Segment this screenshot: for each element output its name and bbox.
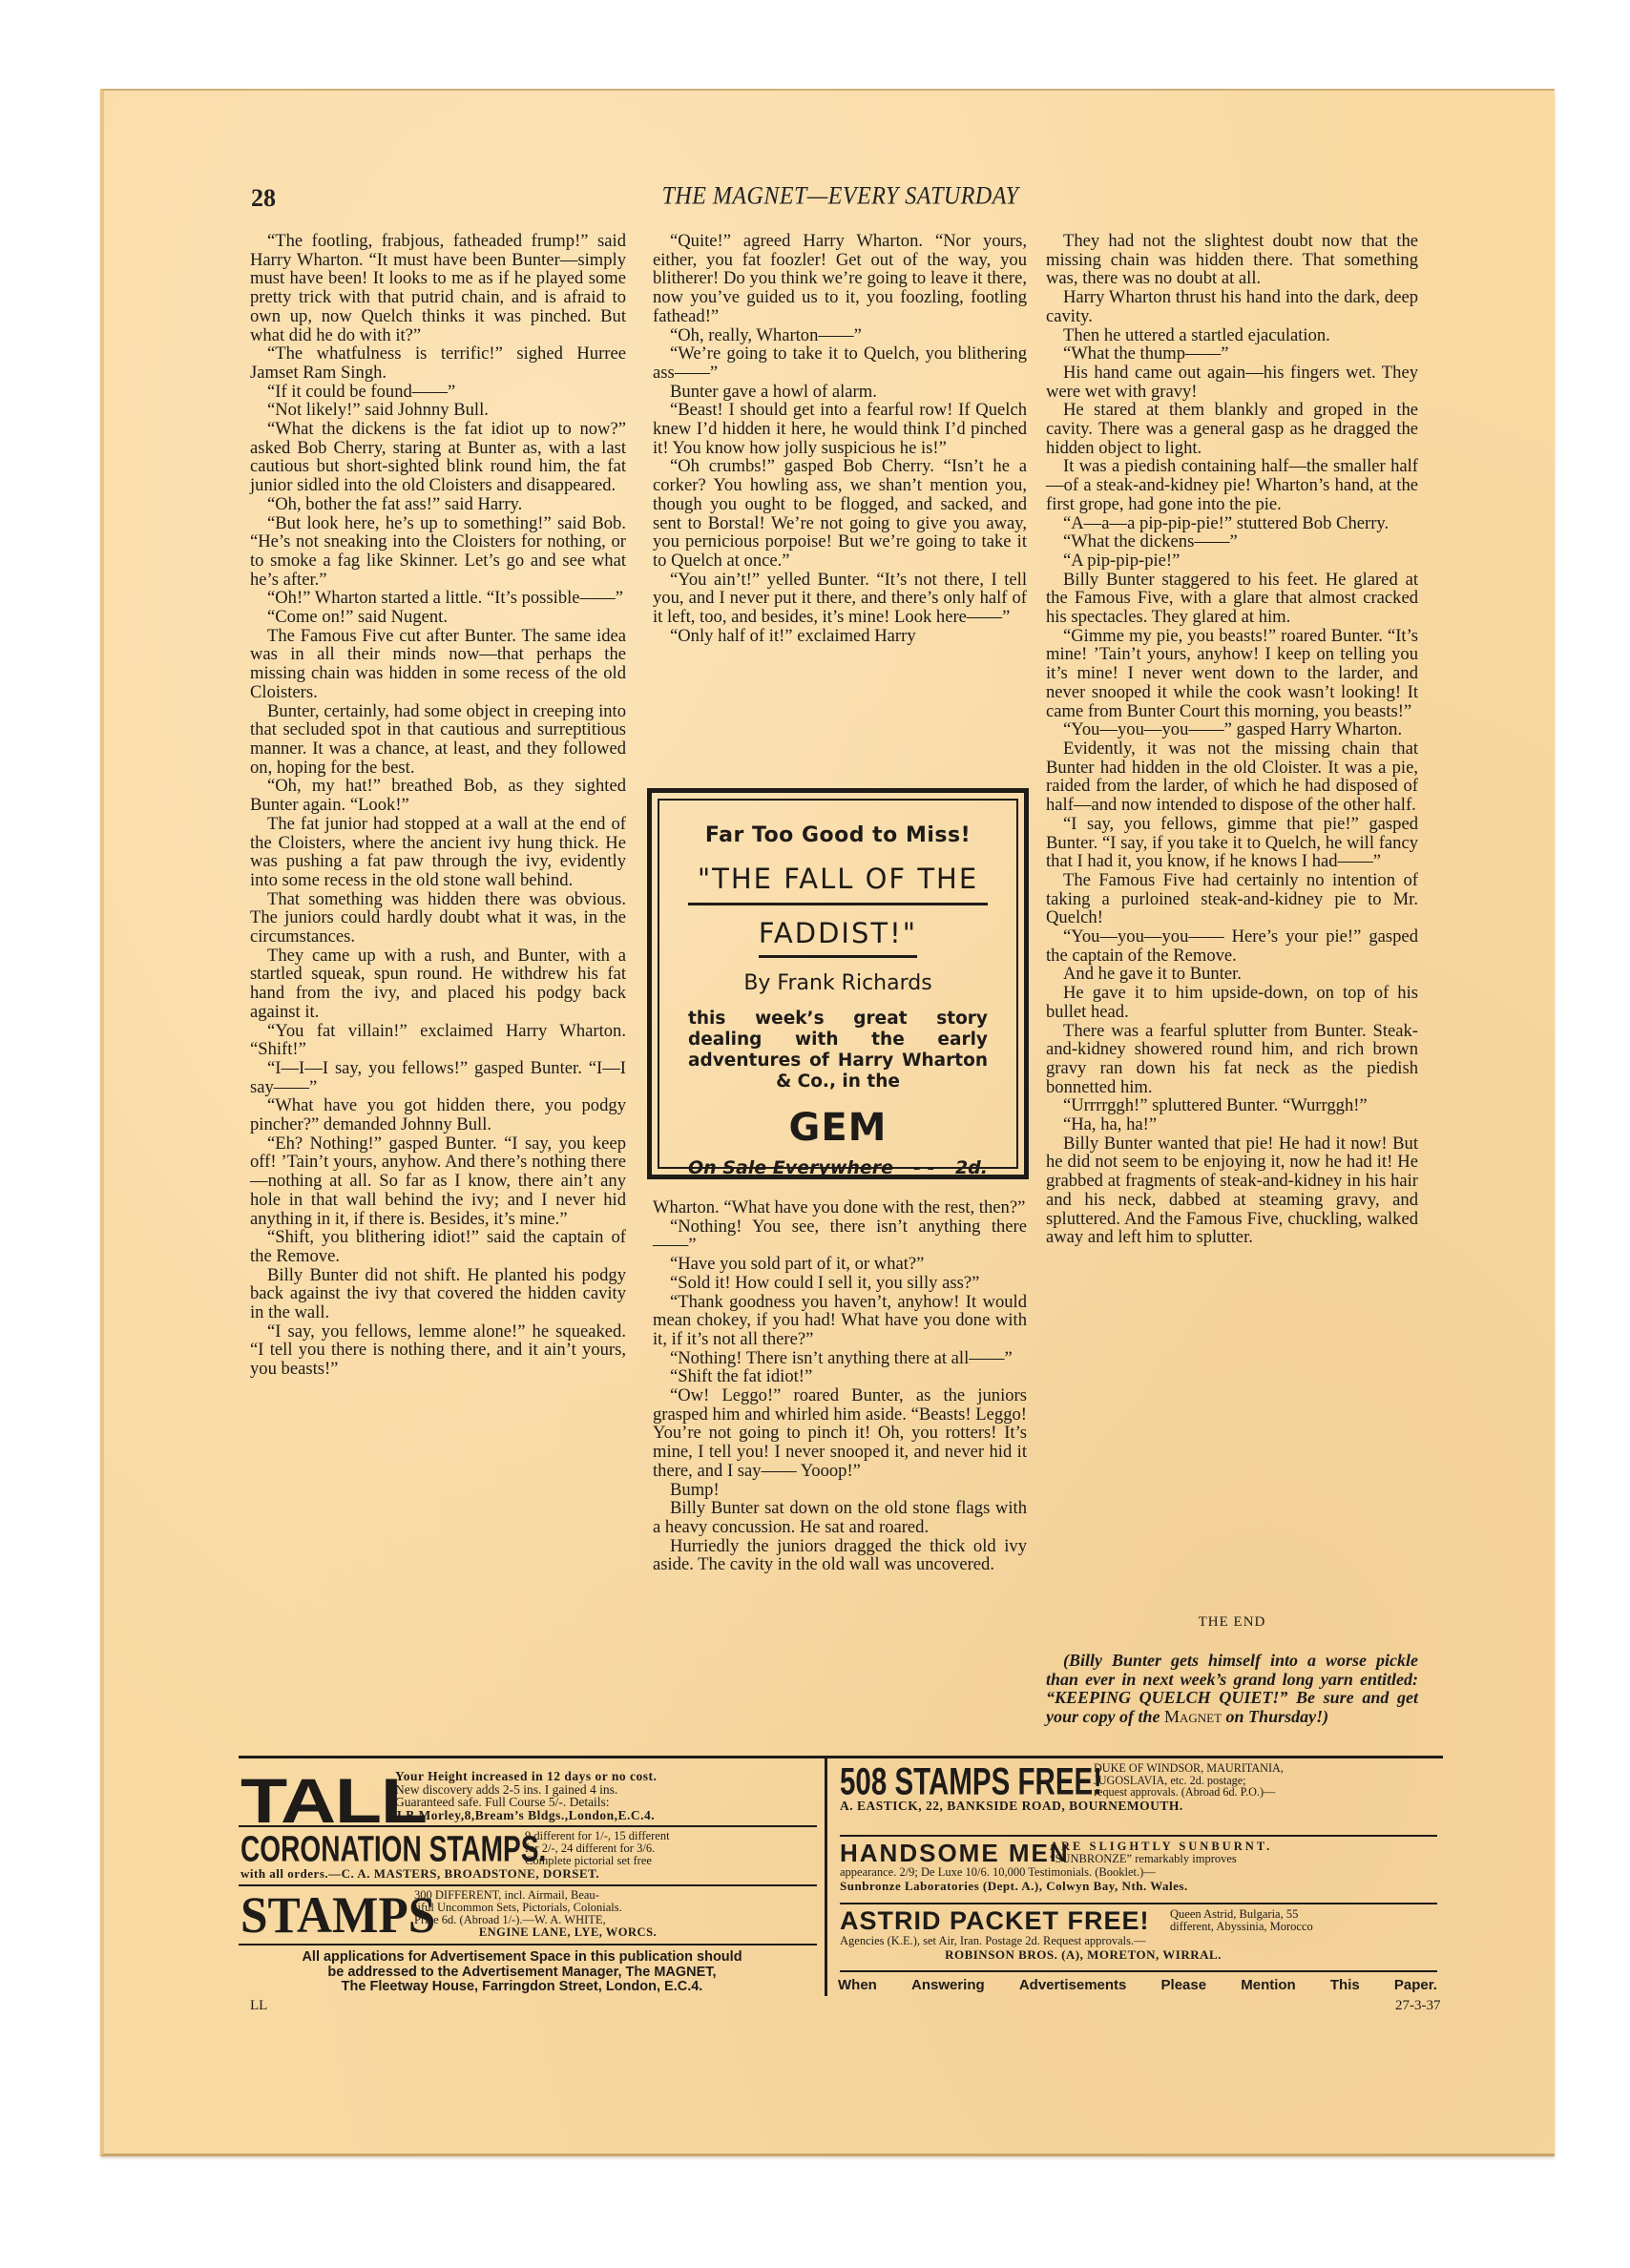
ads-top-rule [239,1756,1443,1758]
ad-508-address: A. EASTICK, 22, BANKSIDE ROAD, BOURNEMOU… [840,1800,1327,1813]
ad-line: New discovery adds 2-5 ins. I gained 4 i… [395,1783,720,1797]
story-paragraph: Billy Bunter wanted that pie! He had it … [1046,1134,1418,1247]
ad-line: ENGINE LANE, LYE, WORCS. [414,1926,721,1939]
ad-stamps-body: 300 DIFFERENT, incl. Airmail, Beau- tifu… [414,1889,721,1939]
notice-line: be addressed to the Advertisement Manage… [240,1966,804,1981]
promo-magazine-name: GEM [659,1106,1016,1150]
story-paragraph: “The footling, frabjous, fatheaded frump… [250,232,626,344]
ad-astrid-packet: ASTRID PACKET FREE! Queen Astrid, Bulgar… [840,1907,1437,1968]
story-paragraph: Hurriedly the juniors dragged the thick … [653,1537,1027,1574]
story-paragraph: “Have you sold part of it, or what?” [653,1255,1027,1274]
ad-astrid-headline: ASTRID PACKET FREE! [840,1906,1150,1936]
ads-column-divider [825,1758,827,1996]
story-paragraph: “What have you got hidden there, you pod… [250,1096,626,1134]
story-paragraph: It was a piedish containing half—the sma… [1046,457,1418,513]
notice-word: Advertisements [1019,1977,1127,1993]
the-end-marker: THE END [1046,1614,1418,1631]
notice-word: Answering [911,1977,985,1993]
ad-line: different, Abyssinia, Morocco [1170,1921,1327,1933]
promo-title-line-2: FADDIST!" [759,917,917,958]
story-column-3: They had not the slightest doubt now tha… [1046,232,1418,1247]
story-paragraph: “I—I—I say, you fellows!” gasped Bunter.… [250,1059,626,1096]
story-paragraph: “Beast! I should get into a fearful row!… [653,401,1027,457]
story-paragraph: “Oh crumbs!” gasped Bob Cherry. “Isn’t h… [653,457,1027,570]
story-paragraph: The Famous Five had certainly no intenti… [1046,871,1418,927]
promo-inner-border: Far Too Good to Miss! "THE FALL OF THE F… [658,799,1018,1169]
story-column-2-top: “Quite!” agreed Harry Wharton. “Nor your… [653,232,1027,645]
story-paragraph: “Eh? Nothing!” gasped Bunter. “I say, yo… [250,1134,626,1229]
story-paragraph: The Famous Five cut after Bunter. The sa… [250,627,626,702]
story-paragraph: “Gimme my pie, you beasts!” roared Bunte… [1046,627,1418,721]
ad-line: J.B.Morley,8,Bream’s Bldgs.,London,E.C.4… [395,1809,720,1822]
story-paragraph: “Oh, really, Wharton——” [653,326,1027,345]
issue-date: 27-3-37 [1395,1998,1441,2014]
story-paragraph: “We’re going to take it to Quelch, you b… [653,344,1027,382]
story-paragraph: “You fat villain!” exclaimed Harry Whart… [250,1022,626,1059]
ad-coronation-address: with all orders.—C. A. MASTERS, BROADSTO… [240,1867,721,1881]
notice-word: Please [1161,1977,1207,1993]
story-paragraph: Bunter gave a howl of alarm. [653,383,1027,402]
story-paragraph: Billy Bunter did not shift. He planted h… [250,1266,626,1322]
story-paragraph: “You ain’t!” yelled Bunter. “It’s not th… [653,571,1027,627]
promo-sale-text: On Sale Everywhere [688,1157,893,1178]
ad-handsome-headline: HANDSOME MEN [840,1839,1070,1868]
ad-line: 9 different for 1/-, 15 different [525,1830,721,1842]
story-paragraph: “Oh!” Wharton started a little. “It’s po… [250,589,626,608]
story-paragraph: Billy Bunter sat down on the old stone f… [653,1499,1027,1536]
ad-astrid-address: ROBINSON BROS. (A), MORETON, WIRRAL. [840,1948,1327,1962]
ad-508-headline: 508 STAMPS FREE! [840,1759,1102,1803]
ad-stamps: STAMPS 300 DIFFERENT, incl. Airmail, Bea… [240,1889,817,1943]
printer-mark: LL [250,1998,267,2014]
story-paragraph: That something was hidden there was obvi… [250,890,626,947]
ad-tall-body: Your Height increased in 12 days or no c… [395,1770,720,1821]
ad-astrid-body: Queen Astrid, Bulgaria, 55 different, Ab… [1170,1908,1327,1933]
notice-word: When [838,1977,877,1993]
story-column-2-bottom: Wharton. “What have you done with the re… [653,1198,1027,1574]
story-paragraph: Then he uttered a startled ejaculation. [1046,326,1418,345]
ad-coronation-headline: CORONATION STAMPS. [240,1828,546,1870]
story-paragraph: “What the thump——” [1046,344,1418,364]
story-paragraph: “I say, you fellows, lemme alone!” he sq… [250,1322,626,1379]
story-paragraph: “Only half of it!” exclaimed Harry [653,627,1027,646]
ad-coronation-stamps: CORONATION STAMPS. 9 different for 1/-, … [240,1830,817,1883]
story-paragraph: “Shift the fat idiot!” [653,1367,1027,1386]
ad-line: Your Height increased in 12 days or no c… [395,1770,720,1783]
advertising-notice: All applications for Advertisement Space… [240,1950,804,1995]
story-paragraph: “What the dickens is the fat idiot up to… [250,420,626,495]
next-week-teaser: (Billy Bunter gets himself into a worse … [1046,1652,1418,1726]
notice-line: All applications for Advertisement Space… [240,1950,804,1966]
story-paragraph: “If it could be found——” [250,383,626,402]
story-paragraph: “Shift, you blithering idiot!” said the … [250,1228,626,1265]
ad-line: Complete pictorial set free [525,1855,721,1867]
notice-word: Mention [1241,1977,1296,1993]
promo-price: 2d. [955,1157,988,1178]
story-paragraph: “What the dickens——” [1046,532,1418,551]
promo-blurb: this week’s great story dealing with the… [688,1009,988,1092]
promo-byline: By Frank Richards [659,971,1016,995]
story-paragraph: “Nothing! There isn’t anything there at … [653,1349,1027,1368]
story-paragraph: “Ha, ha, ha!” [1046,1115,1418,1134]
story-paragraph: “Ow! Leggo!” roared Bunter, as the junio… [653,1386,1027,1481]
story-paragraph: “The whatfulness is terrific!” sighed Hu… [250,344,626,382]
promo-title-line-1: "THE FALL OF THE [688,863,988,905]
ad-coronation-body: 9 different for 1/-, 15 different for 2/… [525,1830,721,1866]
story-paragraph: Wharton. “What have you done with the re… [653,1198,1027,1217]
story-paragraph: They came up with a rush, and Bunter, wi… [250,947,626,1022]
next-week-magazine: Magnet [1164,1707,1222,1726]
story-paragraph: “Not likely!” said Johnny Bull. [250,401,626,420]
story-paragraph: “Thank goodness you haven’t, anyhow! It … [653,1293,1027,1349]
gem-promo-box: Far Too Good to Miss! "THE FALL OF THE F… [647,788,1029,1179]
page-header: 28 THE MAGNET—EVERY SATURDAY [251,184,1430,217]
story-paragraph: Bunter, certainly, had some object in cr… [250,702,626,778]
story-paragraph: “Oh, bother the fat ass!” said Harry. [250,495,626,514]
ad-stamps-headline: STAMPS [240,1885,435,1945]
ad-tall: TALL Your Height increased in 12 days or… [240,1770,817,1823]
story-paragraph: “Come on!” said Nugent. [250,608,626,627]
notice-word: Paper. [1394,1977,1437,1993]
promo-sale-line: On Sale Everywhere - - 2d. [688,1157,988,1178]
story-paragraph: “Oh, my hat!” breathed Bob, as they sigh… [250,777,626,814]
ad-divider [840,1903,1437,1904]
ad-handsome-body: ARE SLIGHTLY SUNBURNT. “SUNBRONZE” remar… [1050,1841,1327,1865]
story-paragraph: “Urrrrggh!” spluttered Bunter. “Wurrggh!… [1046,1096,1418,1115]
story-paragraph: “I say, you fellows, gimme that pie!” ga… [1046,815,1418,871]
ad-line: Guaranteed safe. Full Course 5/-. Detail… [395,1796,720,1809]
story-paragraph: “A—a—a pip-pip-pie!” stuttered Bob Cherr… [1046,514,1418,533]
story-paragraph: Billy Bunter staggered to his feet. He g… [1046,571,1418,627]
mention-paper-notice: WhenAnsweringAdvertisementsPleaseMention… [838,1977,1437,1993]
ad-508-stamps-free: 508 STAMPS FREE! DUKE OF WINDSOR, MAURIT… [840,1761,1437,1832]
story-paragraph: “You—you—you—— Here’s your pie!” gasped … [1046,927,1418,965]
story-paragraph: “But look here, he’s up to something!” s… [250,514,626,590]
ad-line: request approvals. (Abroad 6d. P.O.)— [1094,1786,1327,1799]
running-title: THE MAGNET—EVERY SATURDAY [251,183,1430,211]
promo-sale-separator: - - [913,1157,934,1178]
notice-word: This [1330,1977,1360,1993]
story-column-1: “The footling, frabjous, fatheaded frump… [250,232,626,1379]
story-paragraph: The fat junior had stopped at a wall at … [250,815,626,890]
story-paragraph: He gave it to him upside-down, on top of… [1046,984,1418,1021]
ad-508-body: DUKE OF WINDSOR, MAURITANIA, JUGOSLAVIA,… [1094,1762,1327,1799]
story-paragraph: They had not the slightest doubt now tha… [1046,232,1418,288]
story-paragraph: “Quite!” agreed Harry Wharton. “Nor your… [653,232,1027,326]
ad-divider [840,1835,1437,1837]
story-paragraph: Bump! [653,1481,1027,1500]
story-paragraph: “Sold it! How could I sell it, you silly… [653,1274,1027,1293]
story-paragraph: He stared at them blankly and groped in … [1046,401,1418,457]
ad-handsome-address: Sunbronze Laboratories (Dept. A.), Colwy… [840,1880,1327,1893]
ad-handsome-price: appearance. 2/9; De Luxe 10/6. 10,000 Te… [840,1866,1327,1880]
story-paragraph: “Nothing! You see, there isn’t anything … [653,1217,1027,1255]
notice-line: The Fleetway House, Farringdon Street, L… [240,1980,804,1995]
next-week-text-end: on Thursday!) [1222,1707,1328,1726]
ad-astrid-terms: Agencies (K.E.), set Air, Iran. Postage … [840,1935,1327,1948]
ad-line: DUKE OF WINDSOR, MAURITANIA, [1094,1762,1327,1775]
story-paragraph: Harry Wharton thrust his hand into the d… [1046,288,1418,325]
story-paragraph: There was a fearful splutter from Bunter… [1046,1022,1418,1097]
ad-line: for 2/-, 24 different for 3/6. [525,1842,721,1855]
story-paragraph: “You—you—you——” gasped Harry Wharton. [1046,720,1418,739]
story-paragraph: Evidently, it was not the missing chain … [1046,739,1418,815]
ad-divider [840,1970,1437,1972]
ad-handsome-men: HANDSOME MEN ARE SLIGHTLY SUNBURNT. “SUN… [840,1840,1437,1903]
ad-line: “SUNBRONZE” remarkably improves [1050,1853,1327,1865]
promo-kicker: Far Too Good to Miss! [659,823,1016,847]
story-paragraph: And he gave it to Bunter. [1046,965,1418,984]
story-paragraph: “A pip-pip-pie!” [1046,551,1418,571]
story-paragraph: His hand came out again—his fingers wet.… [1046,364,1418,401]
